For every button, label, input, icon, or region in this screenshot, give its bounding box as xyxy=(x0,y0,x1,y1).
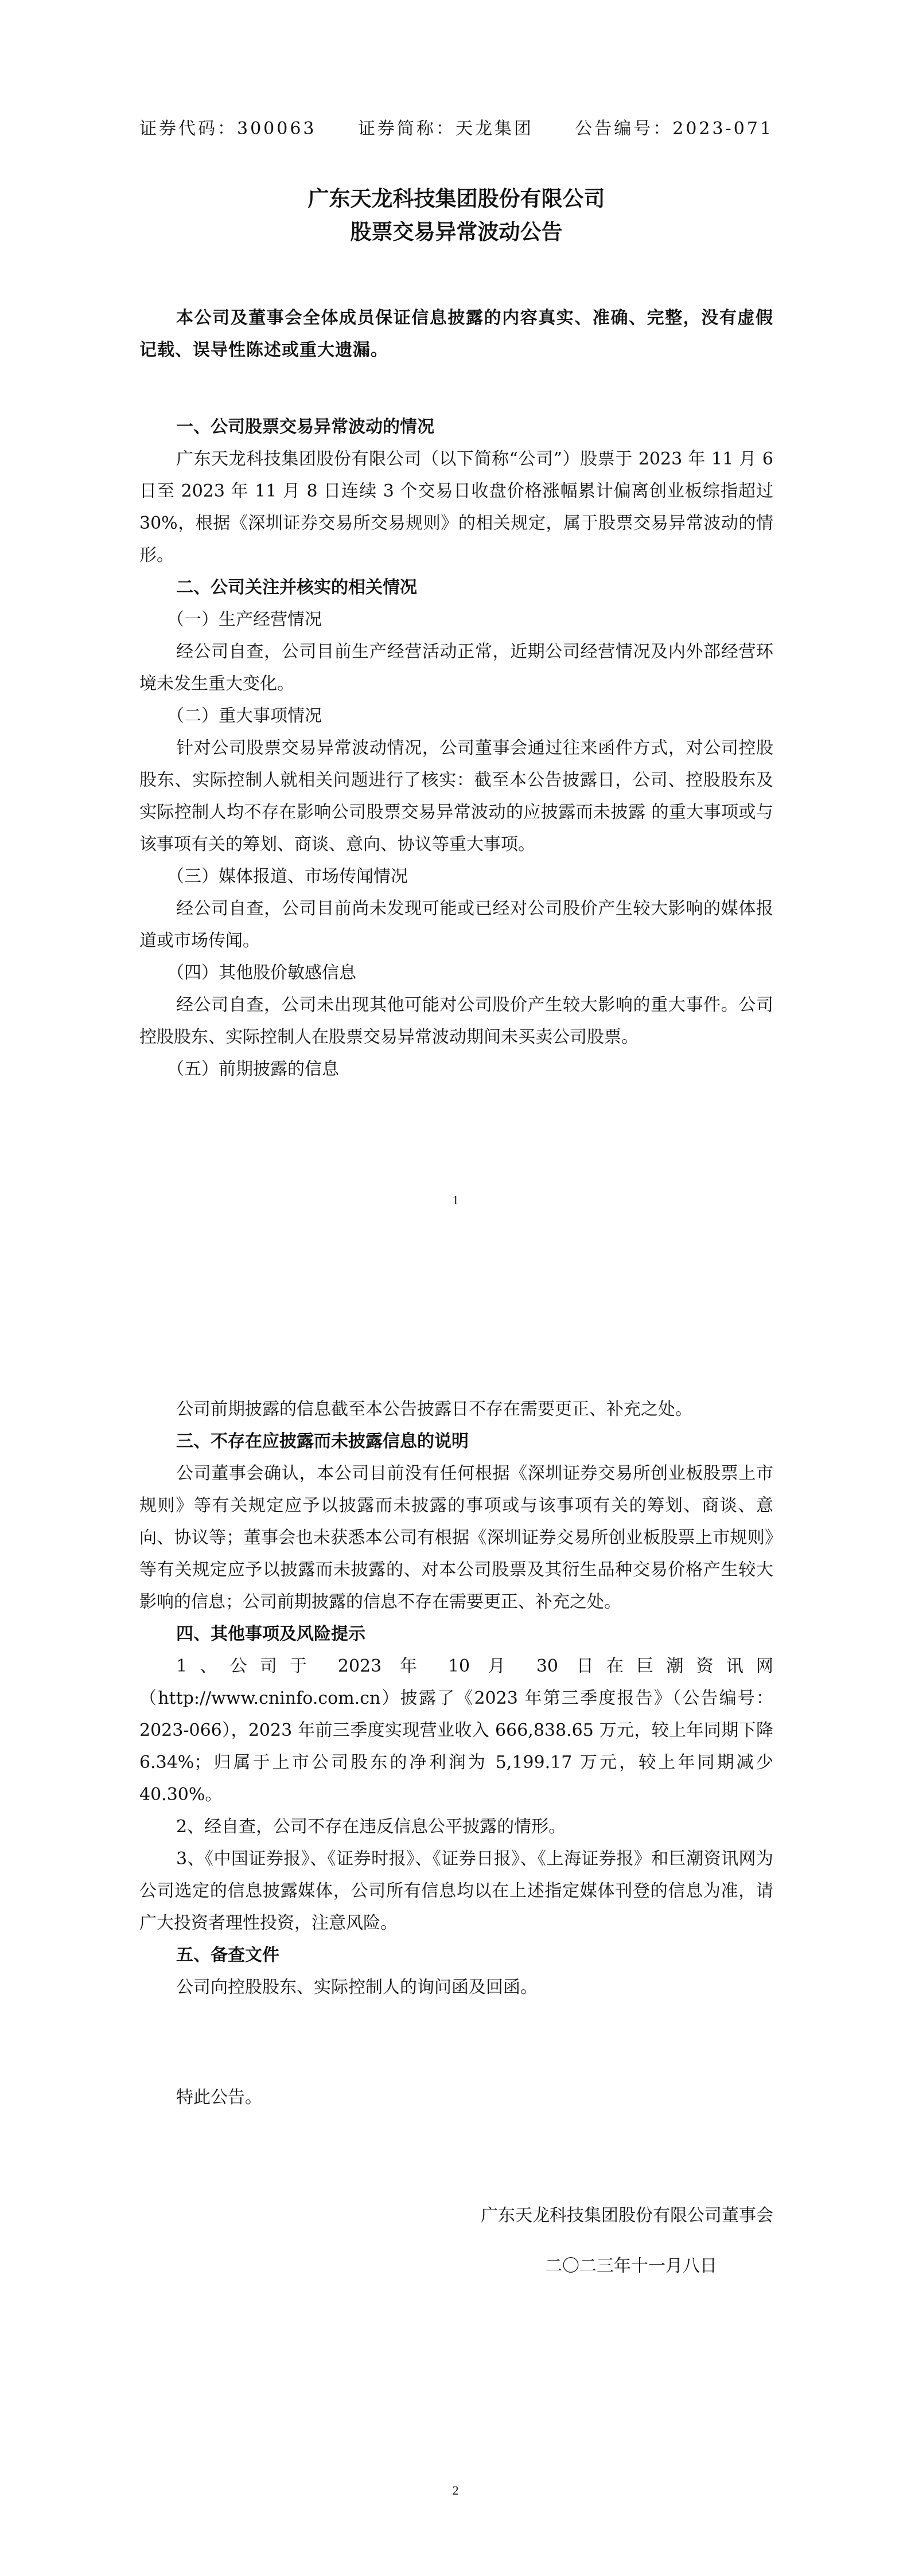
section-4-item-1: 1、公司于 2023 年 10 月 30 日在巨潮资讯网（http://www.… xyxy=(139,1650,773,1811)
stock-abbreviation: 证券简称：天龙集团 xyxy=(358,116,534,142)
section-1-heading: 一、公司股票交易异常波动的情况 xyxy=(139,411,773,443)
signature-block: 广东天龙科技集团股份有限公司董事会 二〇二三年十一月八日 xyxy=(447,2191,792,2292)
title-subject: 股票交易异常波动公告 xyxy=(139,216,773,249)
section-3-heading: 三、不存在应披露而未披露信息的说明 xyxy=(139,1426,773,1458)
page-number-1: 1 xyxy=(0,1193,911,1208)
page-number-2: 2 xyxy=(0,2483,911,2498)
signature-company: 广东天龙科技集团股份有限公司董事会 xyxy=(447,2191,792,2241)
section-2-sub5-heading: （五）前期披露的信息 xyxy=(139,1053,773,1086)
section-5-heading: 五、备查文件 xyxy=(139,1939,773,1972)
section-2-heading: 二、公司关注并核实的相关情况 xyxy=(139,572,773,604)
section-4-item-3: 3、《中国证券报》、《证券时报》、《证券日报》、《上海证券报》和巨潮资讯网为公司… xyxy=(139,1843,773,1939)
title-company: 广东天龙科技集团股份有限公司 xyxy=(139,182,773,216)
section-2-sub1-heading: （一）生产经营情况 xyxy=(139,604,773,636)
signature-date: 二〇二三年十一月八日 xyxy=(447,2241,792,2292)
section-2-sub5-body: 公司前期披露的信息截至本公告披露日不存在需要更正、补充之处。 xyxy=(139,1394,773,1426)
board-statement: 本公司及董事会全体成员保证信息披露的内容真实、准确、完整，没有虚假记载、误导性陈… xyxy=(139,302,773,366)
section-4-heading: 四、其他事项及风险提示 xyxy=(139,1618,773,1650)
document-title: 广东天龙科技集团股份有限公司 股票交易异常波动公告 xyxy=(139,182,773,249)
page-2-content: 公司前期披露的信息截至本公告披露日不存在需要更正、补充之处。 三、不存在应披露而… xyxy=(139,1394,773,2004)
section-4-item-2: 2、经自查，公司不存在违反信息公平披露的情形。 xyxy=(139,1811,773,1843)
section-5-body: 公司向控股股东、实际控制人的询问函及回函。 xyxy=(139,1972,773,2004)
section-2-sub1-body: 经公司自查，公司目前生产经营活动正常，近期公司经营情况及内外部经营环境未发生重大… xyxy=(139,636,773,700)
page-1-content: 本公司及董事会全体成员保证信息披露的内容真实、准确、完整，没有虚假记载、误导性陈… xyxy=(139,302,773,1086)
section-2-sub3-body: 经公司自查，公司目前尚未发现可能或已经对公司股价产生较大影响的媒体报道或市场传闻… xyxy=(139,893,773,957)
section-1-body: 广东天龙科技集团股份有限公司（以下简称“公司”）股票于 2023 年 11 月 … xyxy=(139,443,773,572)
announcement-number: 公告编号：2023-071 xyxy=(575,116,773,142)
section-3-body: 公司董事会确认，本公司目前没有任何根据《深圳证券交易所创业板股票上市规则》等有关… xyxy=(139,1458,773,1618)
section-2-sub4-body: 经公司自查，公司未出现其他可能对公司股价产生较大影响的重大事件。公司控股股东、实… xyxy=(139,989,773,1053)
section-2-sub2-heading: （二）重大事项情况 xyxy=(139,700,773,732)
section-2-sub2-body: 针对公司股票交易异常波动情况，公司董事会通过往来函件方式，对公司控股股东、实际控… xyxy=(139,732,773,861)
announcement-header: 证券代码：300063 证券简称：天龙集团 公告编号：2023-071 xyxy=(139,116,773,142)
section-2-sub4-heading: （四）其他股价敏感信息 xyxy=(139,957,773,989)
stock-code: 证券代码：300063 xyxy=(139,116,317,142)
section-2-sub3-heading: （三）媒体报道、市场传闻情况 xyxy=(139,861,773,893)
closing-statement: 特此公告。 xyxy=(139,2082,773,2114)
